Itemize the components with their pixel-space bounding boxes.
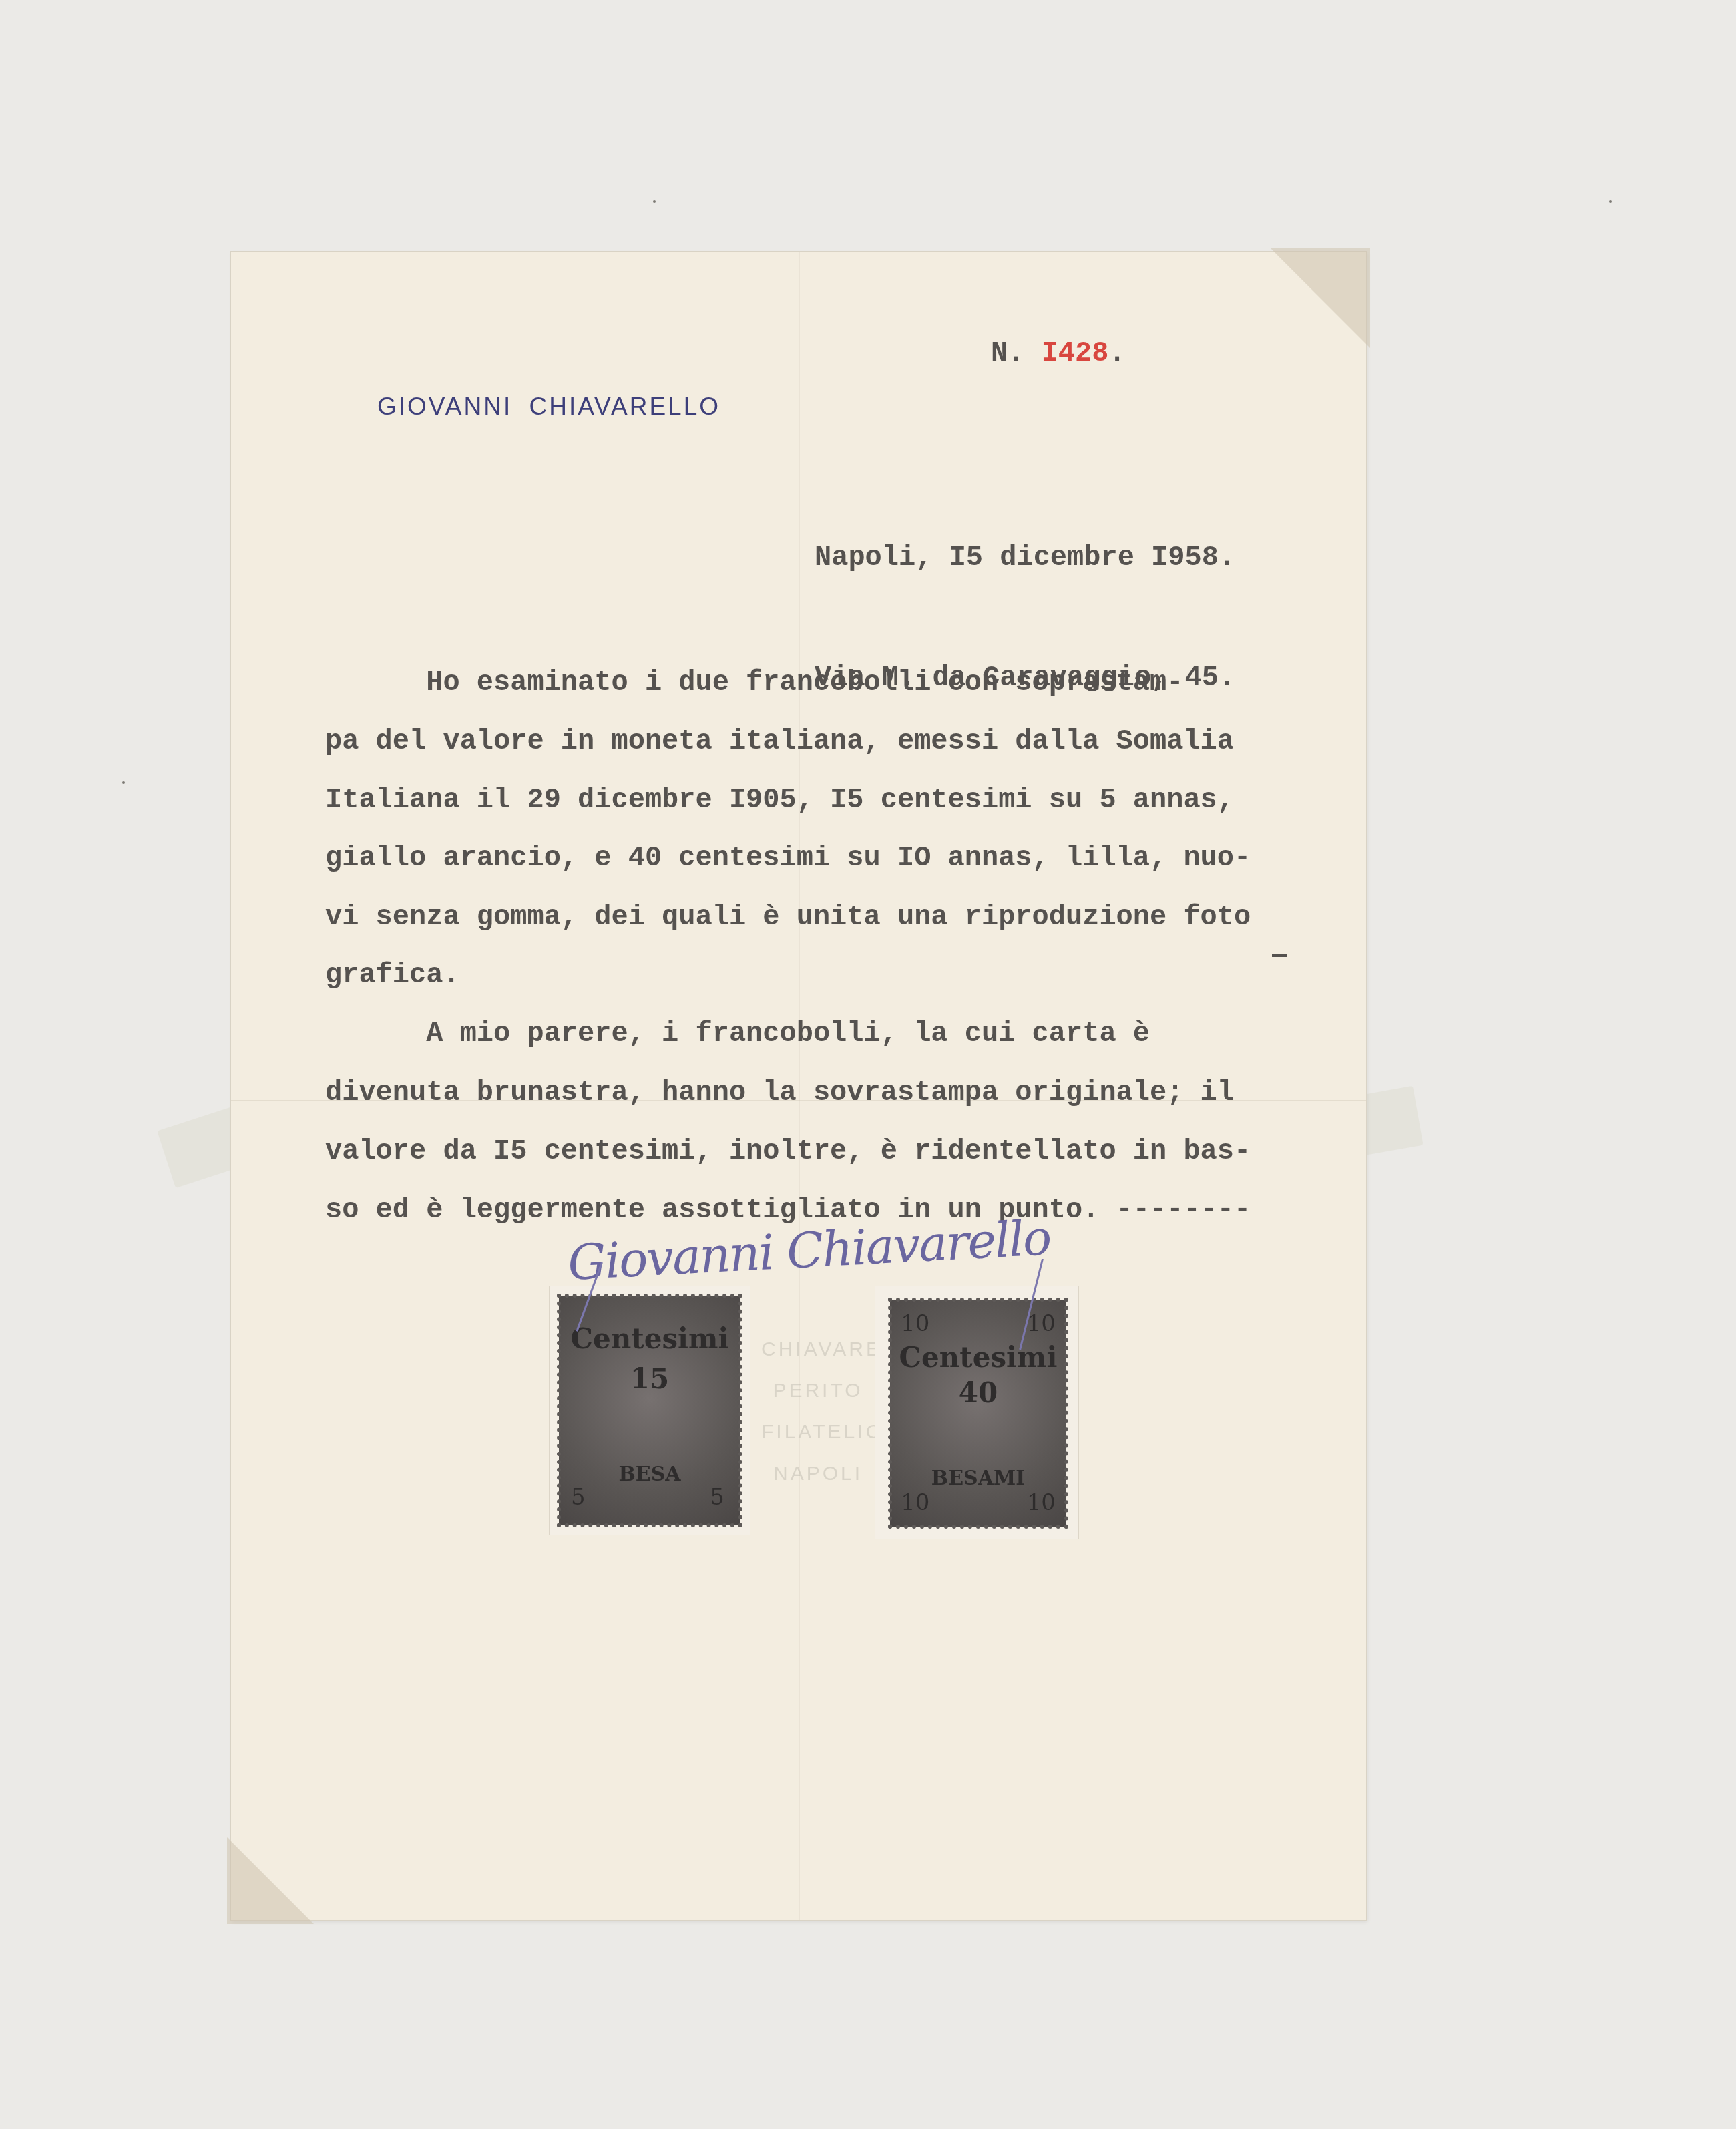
paper-speck [122,781,125,784]
body-line: giallo arancio, e 40 centesimi su IO ann… [325,842,1251,874]
hyphen-mark [1272,954,1287,957]
stamp-overprint-value: 40 [890,1376,1066,1409]
body-line: so ed è leggermente assottigliato in un … [325,1194,1251,1226]
paper-speck [653,200,656,203]
stamp-corner-value: 5 [710,1484,724,1511]
body-line: vi senza gomma, dei quali è unita una ri… [325,901,1251,933]
number-prefix: N. [991,337,1024,369]
album-page: N. I428. GIOVANNI CHIAVARELLO Napoli, I5… [0,0,1736,2129]
seal-line: PERITO [761,1370,875,1412]
body-line: A mio parere, i francobolli, la cui cart… [325,1018,1150,1050]
certificate-body: Ho esaminato i due francobolli con sopra… [325,666,1300,1083]
mount-corner-bottom-left [227,1837,314,1924]
stamp-overprint-text: Centesimi [559,1322,740,1355]
certificate-number: N. I428. [991,337,1126,369]
body-line: divenuta brunastra, hanno la sovrastampa… [325,1077,1234,1109]
number-suffix: . [1108,337,1125,369]
stamp-photo-mount: Centesimi 40 BESAMI 10 10 10 10 [875,1286,1079,1539]
stamp-corner-value: 10 [901,1489,929,1516]
body-line: pa del valore in moneta italiana, emessi… [325,725,1234,757]
stamp-corner-value: 5 [571,1484,586,1511]
stamp-corner-value: 10 [1027,1489,1056,1516]
stamp-corner-value: 10 [901,1310,929,1337]
seal-line: NAPOLI [761,1453,875,1495]
stamp-40-centesimi: Centesimi 40 BESAMI 10 10 10 10 [890,1300,1066,1527]
seal-line: FILATELICO [761,1412,875,1453]
number-value: I428 [1042,337,1109,369]
stamp-corner-value: 10 [1027,1310,1056,1337]
place-date: Napoli, I5 dicembre I958. [815,538,1235,578]
body-line: grafica. [325,959,460,991]
stamp-overprint-value: 15 [559,1362,740,1395]
mount-corner-top-right [1270,248,1370,348]
seal-line: CHIAVARELLO [761,1329,875,1370]
stamp-15-centesimi: Centesimi 15 BESA 5 5 [559,1296,740,1525]
stamp-bottom-label: BESA [559,1463,740,1486]
body-line: Ho esaminato i due francobolli con sopra… [325,666,1183,699]
paper-speck [1609,200,1612,203]
embossed-seal: CHIAVARELLO PERITO FILATELICO NAPOLI [761,1329,875,1495]
body-line: valore da I5 centesimi, inoltre, è riden… [325,1135,1251,1167]
stamp-bottom-label: BESAMI [890,1467,1066,1490]
stamp-overprint-text: Centesimi [890,1341,1066,1374]
letterhead-name: GIOVANNI CHIAVARELLO [377,393,720,421]
body-line: Italiana il 29 dicembre I905, I5 centesi… [325,784,1234,816]
